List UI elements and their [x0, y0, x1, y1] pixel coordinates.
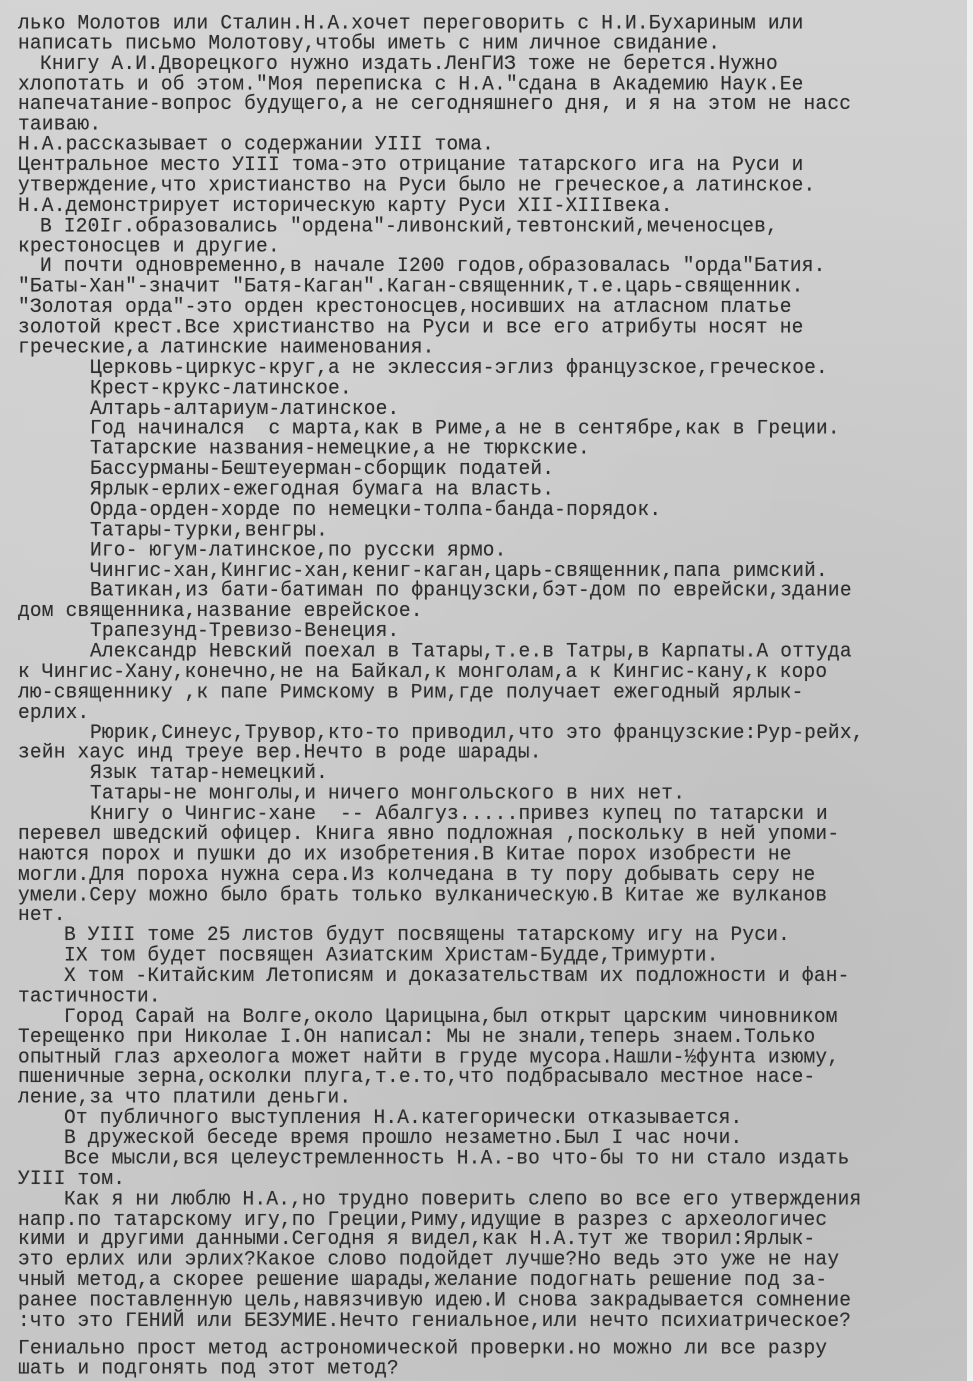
- text-line: Татарские названия-немецкие,а не тюркски…: [90, 437, 590, 459]
- text-line: чный метод,а скорее решение шарады,желан…: [18, 1269, 827, 1291]
- text-line: кими и другими данными.Сегодня я видел,к…: [18, 1228, 815, 1250]
- text-line: Книгу А.И.Дворецкого нужно издать.ЛенГИЗ…: [40, 53, 778, 75]
- text-line: это ерлих или эрлих?Какое слово подойдет…: [18, 1248, 839, 1270]
- text-line: Н.А.демонстрирует историческую карту Рус…: [18, 195, 673, 217]
- text-line: утверждение,что христианство на Руси был…: [18, 174, 815, 196]
- typewritten-page: лько Молотов или Сталин.Н.А.хочет перего…: [0, 0, 973, 1381]
- text-line: :что это ГЕНИЙ или БЕЗУМИЕ.Нечто гениаль…: [18, 1309, 851, 1331]
- text-line: дом священника,название еврейское.: [18, 600, 423, 622]
- text-line: золотой крест.Все христианство на Руси и…: [18, 316, 804, 338]
- text-line: В I20Iг.образовались "ордена"-ливонский,…: [40, 215, 778, 237]
- text-line: Крест-крукс-латинское.: [90, 377, 352, 399]
- text-line: Терещенко при Николае I.Он написал: Мы н…: [18, 1026, 815, 1048]
- text-line: лько Молотов или Сталин.Н.А.хочет перего…: [18, 12, 804, 34]
- text-line: Церковь-циркус-круг,а не эклессия-эглиз …: [90, 357, 828, 379]
- text-line: X том -Китайским Летописям и доказательс…: [64, 965, 850, 987]
- text-line: В дружеской беседе время прошло незаметн…: [64, 1127, 742, 1149]
- text-line: "Баты-Хан"-значит "Батя-Каган".Каган-свя…: [18, 275, 804, 297]
- text-line: И почти одновременно,в начале I200 годов…: [40, 255, 826, 277]
- text-line: В УIII томе 25 листов будут посвящены та…: [64, 924, 790, 946]
- text-line: пшеничные зерна,осколки плуга,т.е.то,что…: [18, 1066, 815, 1088]
- text-line: Год начинался с марта,как в Риме,а не в …: [90, 417, 840, 439]
- text-line: к Чингис-Хану,конечно,не на Байкал,к мон…: [18, 661, 827, 683]
- text-line: Язык татар-немецкий.: [90, 762, 328, 784]
- text-line: Иго- югум-латинское,по русски ярмо.: [90, 539, 507, 561]
- text-line: Бассурманы-Бештеуерман-сборщик податей.: [90, 458, 554, 480]
- page-edge: [967, 0, 973, 1381]
- text-line: тастичности.: [18, 985, 161, 1007]
- text-line: Гениально прост метод астрономической пр…: [18, 1337, 827, 1359]
- text-line: IX том будет посвящен Азиатским Христам-…: [64, 944, 719, 966]
- text-line: таиваю.: [18, 113, 101, 135]
- text-line: "Золотая орда"-это орден крестоносцев,но…: [18, 296, 792, 318]
- text-line: умели.Серу можно было брать только вулка…: [18, 884, 827, 906]
- text-line: написать письмо Молотову,чтобы иметь с н…: [18, 32, 720, 54]
- text-line: Как я ни люблю Н.А.,но трудно поверить с…: [64, 1188, 861, 1210]
- text-line: шать и подгонять под этот метод?: [18, 1357, 399, 1379]
- text-line: Книгу о Чингис-хане -- Абалгуз.....приве…: [90, 803, 828, 825]
- text-line: зейн хаус инд треуе вер.Нечто в роде шар…: [18, 741, 542, 763]
- text-line: Татары-не монголы,и ничего монгольского …: [90, 782, 685, 804]
- text-line: ерлих.: [18, 702, 89, 724]
- text-line: нет.: [18, 903, 66, 925]
- text-line: Город Сарай на Волге,около Царицына,был …: [64, 1005, 838, 1027]
- text-line: Ярлык-ерлих-ежегодная бумага на власть.: [90, 478, 554, 500]
- text-line: перевел шведский офицер. Книга явно подл…: [18, 823, 839, 845]
- text-line: Татары-турки,венгры.: [90, 519, 328, 541]
- text-line: греческие,а латинские наименования.: [18, 336, 435, 358]
- text-line: лю-священнику ,к папе Римскому в Рим,где…: [18, 681, 804, 703]
- text-line: Александр Невский поехал в Татары,т.е.в …: [90, 640, 852, 662]
- text-line: Н.А.рассказывает о содержании УIII тома.: [18, 133, 494, 155]
- text-line: наются порох и пушки до их изобретения.В…: [18, 843, 792, 865]
- text-line: От публичного выступления Н.А.категориче…: [64, 1106, 742, 1128]
- text-line: Ватикан,из бати-батиман по французски,бэ…: [90, 579, 852, 601]
- text-line: Все мысли,вся целеустремленность Н.А.-во…: [64, 1147, 850, 1169]
- text-line: Трапезунд-Тревизо-Венеция.: [90, 620, 399, 642]
- text-line: ранее поставленную цель,навязчивую идею.…: [18, 1289, 851, 1311]
- text-line: УIII том.: [18, 1168, 125, 1190]
- text-line: могли.Для пороха нужна сера.Из колчедана…: [18, 864, 815, 886]
- text-line: ление,за что платили деньги.: [18, 1086, 351, 1108]
- text-line: напечатание-вопрос будущего,а не сегодня…: [18, 93, 851, 115]
- text-line: Центральное место УIII тома-это отрицани…: [18, 154, 804, 176]
- text-line: Орда-орден-хорде по немецки-толпа-банда-…: [90, 499, 661, 521]
